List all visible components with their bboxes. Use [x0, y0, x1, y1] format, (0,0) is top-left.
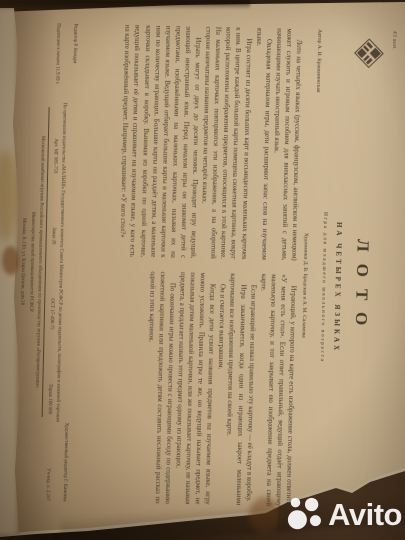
- instructions-body: Лото на четырёх языках (русском, француз…: [111, 25, 303, 507]
- avito-watermark: Avito: [286, 495, 402, 533]
- imprint-footer: Редактор Р. Кондря Художественный редакт…: [11, 22, 77, 501]
- body-right-column: Играющий, у которого на карте есть изобр…: [111, 271, 298, 507]
- print-data-item: Подписано к печати 11.9.69 г.: [52, 23, 60, 85]
- print-data-item: Тираж 100 000: [45, 384, 52, 415]
- document-content: 43 коп. ЛОТО НА ЧЕТЫРЕХ ЯЗЫКАХ Игра для …: [2, 0, 402, 527]
- paragraph: Играющий, у которого на карте есть изобр…: [252, 274, 298, 507]
- paragraph: По окончании игры можно провести с играю…: [141, 271, 177, 504]
- price-label: 43 коп.: [391, 31, 397, 51]
- artists-line: Художники Д. В. Бродская и А. М. Саламов…: [300, 233, 308, 338]
- avito-wordmark: Avito: [328, 499, 402, 530]
- print-data-item: Арт. МГ 085-759: [50, 138, 57, 173]
- paragraph: Когда все дети усвоят названия предметов…: [172, 272, 218, 505]
- print-data-item: Уч-изд. л. 2,167: [43, 468, 50, 501]
- photo-of-document: 43 коп. ЛОТО НА ЧЕТЫРЕХ ЯЗЫКАХ Игра для …: [0, 0, 405, 540]
- paragraph: Играть могут от двух до десяти человек. …: [117, 25, 203, 259]
- avito-logo-icon: [286, 495, 324, 533]
- editor-credit: Редактор Р. Кондря: [70, 23, 77, 63]
- page-title: ЛОТО: [346, 6, 378, 526]
- art-editor-credit: Художественный редактор Г. Камнева: [60, 423, 68, 502]
- author-line: Автор А. И. Крашанинская: [315, 29, 322, 93]
- body-left-column: Лото на четырёх языках (русском, француз…: [117, 25, 304, 261]
- print-data-item: ОСТ 17-498-75: [47, 298, 54, 330]
- paragraph: Лото на четырёх языках (русском, француз…: [268, 28, 304, 261]
- paragraph: Игра состоит из десяти больших карт и во…: [197, 26, 253, 259]
- print-data-item: Заказ 20: [49, 227, 56, 244]
